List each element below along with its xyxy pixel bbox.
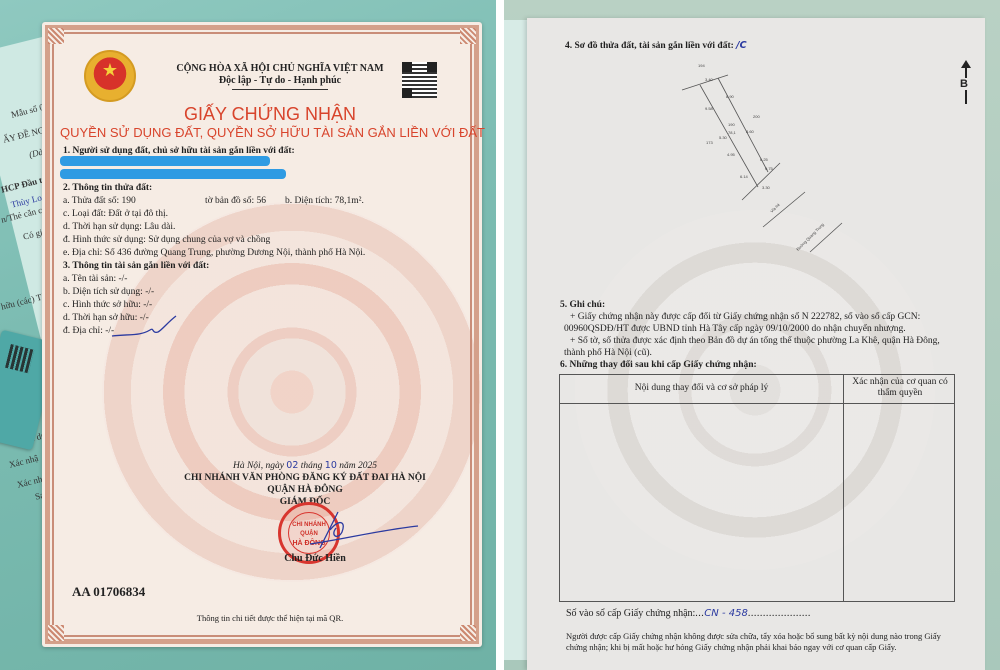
redaction-bar <box>60 169 286 179</box>
usage-term: d. Thời hạn sử dụng: Lâu dài. <box>63 222 175 232</box>
note2-line1: + Số tờ, số thửa được xác định theo Bản … <box>570 336 940 346</box>
corner-ornament <box>460 28 476 44</box>
asset-address: đ. Địa chỉ: -/- <box>63 326 114 336</box>
plan-dimension: 5.30 <box>719 135 728 140</box>
certificate-subtitle: QUYỀN SỬ DỤNG ĐẤT, QUYỀN SỞ HỮU TÀI SẢN … <box>60 125 480 140</box>
note1-line1: + Giấy chứng nhận này được cấp đổi từ Gi… <box>570 312 920 322</box>
date-year: năm 2025 <box>339 461 377 471</box>
plan-dimension: 8.90 <box>726 94 735 99</box>
plan-road-name: Đường Quang Trung <box>795 222 825 252</box>
asset-floor-area: b. Diện tích sử dụng: -/- <box>63 287 154 297</box>
table-header-changes: Nội dung thay đổi và cơ sở pháp lý <box>560 383 843 393</box>
plan-dimension: 4.95 <box>727 152 736 157</box>
signer-name: Chu Đức Hiền <box>200 553 430 564</box>
parcel-plan-diagram: 194 200 173 190 78,1 3.40 9.58 5.30 4.95… <box>660 55 860 295</box>
director-signature-icon <box>300 510 420 550</box>
handwritten-mark: /C <box>736 40 746 51</box>
asset-name: a. Tên tài sản: -/- <box>63 274 127 284</box>
plan-dimension: 3.40 <box>705 77 714 82</box>
map-sheet-number: tờ bản đồ số: 56 <box>205 196 266 206</box>
north-arrow: B <box>958 62 974 104</box>
plan-dimension: 8.60 <box>746 129 755 134</box>
note1-line2: 00960QSDĐ/HT được UBND tỉnh Hà Tây cấp n… <box>564 324 906 334</box>
parcel-number: a. Thửa đất số: 190 <box>63 196 136 206</box>
signing-date: Hà Nội, ngày 02 tháng 10 năm 2025 <box>190 460 420 471</box>
background-form-text: Xác nh <box>16 474 43 490</box>
certificate-serial-number: AA 01706834 <box>72 584 145 600</box>
nation-name: CỘNG HÒA XÃ HỘI CHỦ NGHĨA VIỆT NAM <box>140 63 420 74</box>
register-label: Số vào sổ cấp Giấy chứng nhận: <box>566 608 695 619</box>
initial-signature-icon <box>110 312 180 340</box>
plan-neighbor-left: 173 <box>706 140 713 145</box>
register-number: Số vào sổ cấp Giấy chứng nhận:...CN - 45… <box>566 608 811 619</box>
table-column-divider <box>843 375 844 601</box>
qr-note: Thông tin chi tiết được thể hiện tại mã … <box>60 613 480 623</box>
register-value: CN - 458 <box>704 608 748 619</box>
parcel-address: e. Địa chỉ: Số 436 đường Quang Trung, ph… <box>63 248 365 258</box>
parcel-area: b. Diện tích: 78,1m². <box>285 196 364 206</box>
land-type: c. Loại đất: Đất ở tại đô thị. <box>63 209 168 219</box>
date-month-label: tháng <box>301 461 323 471</box>
plan-dimension: 6.14 <box>740 174 749 179</box>
plan-neighbor-top: 194 <box>698 63 705 68</box>
warning-notice: Người được cấp Giấy chứng nhận không đượ… <box>566 631 956 653</box>
corner-ornament <box>48 625 64 641</box>
corner-ornament <box>460 625 476 641</box>
corner-ornament <box>48 28 64 44</box>
qr-code-icon <box>5 344 34 373</box>
redaction-bar <box>60 156 270 166</box>
plan-neighbor-right: 200 <box>753 114 760 119</box>
note2-line2: thành phố Hà Nội (cũ). <box>564 348 652 358</box>
plan-dimension: 6.25 <box>760 157 769 162</box>
usage-form: đ. Hình thức sử dụng: Sử dụng chung của … <box>63 235 270 245</box>
asset-ownership-form: c. Hình thức sở hữu: -/- <box>63 300 152 310</box>
section1-heading: 1. Người sử dụng đất, chủ sở hữu tài sản… <box>63 146 295 156</box>
section3-heading: 3. Thông tin tài sản gắn liền với đất: <box>63 261 209 271</box>
issuing-office: CHI NHÁNH VĂN PHÒNG ĐĂNG KÝ ĐẤT ĐAI HÀ N… <box>170 473 440 483</box>
date-prefix: Hà Nội, ngày <box>233 461 284 471</box>
section2-heading: 2. Thông tin thửa đất: <box>63 183 152 193</box>
section5-heading: 5. Ghi chú: <box>560 300 605 310</box>
section4-heading: 4. Sơ đồ thửa đất, tài sản gắn liền với … <box>565 40 747 51</box>
section4-heading-text: 4. Sơ đồ thửa đất, tài sản gắn liền với … <box>565 41 734 51</box>
plan-dimension: 9.58 <box>705 106 714 111</box>
plan-dimension: 0.75 <box>765 166 774 171</box>
issuing-district: QUẬN HÀ ĐÔNG <box>170 485 440 495</box>
changes-table: Nội dung thay đổi và cơ sở pháp lý Xác n… <box>559 374 955 602</box>
image-divider <box>496 0 504 670</box>
table-header-confirmation: Xác nhận của cơ quan có thẩm quyền <box>844 377 956 399</box>
date-day: 02 <box>286 460 298 471</box>
certificate-title: GIẤY CHỨNG NHẬN <box>60 104 480 125</box>
national-emblem-icon: ★ <box>84 50 136 102</box>
plan-parcel-area: 78,1 <box>728 130 737 135</box>
section6-heading: 6. Những thay đổi sau khi cấp Giấy chứng… <box>560 360 757 370</box>
background-form-text: Xác nhậ <box>8 453 39 470</box>
plan-dimension: 3.30 <box>762 185 771 190</box>
plan-parcel-number: 190 <box>728 122 735 127</box>
plan-road-alley: Vỉa hè <box>769 202 781 214</box>
motto-underline <box>232 89 328 90</box>
north-label: B <box>960 78 968 90</box>
national-motto: Độc lập - Tự do - Hạnh phúc <box>140 75 420 86</box>
table-header-divider <box>560 403 954 404</box>
date-month: 10 <box>325 460 337 471</box>
